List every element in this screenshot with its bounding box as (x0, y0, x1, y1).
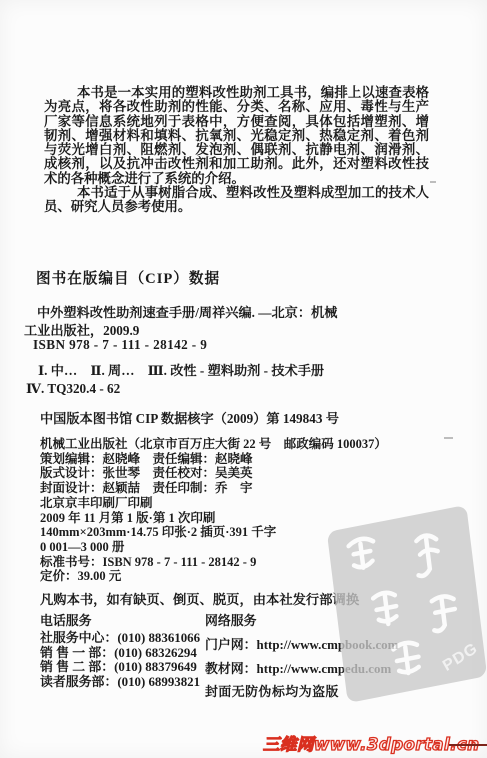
phone-service-heading: 电话服务 (40, 610, 200, 629)
phone-service-item: 读者服务部：(010) 68993821 (40, 675, 200, 690)
cip-record-number: 中国版本图书馆 CIP 数据核字（2009）第 149843 号 (40, 408, 339, 427)
scan-speck (444, 437, 453, 439)
colophon-line-publisher: 机械工业出版社（北京市百万庄大街 22 号 邮政编码 100037） (40, 437, 387, 452)
site-watermark: 三维网www.3dportal.cn (263, 731, 480, 755)
book-summary: 本书是一本实用的塑料改性助剂工具书，编排上以速查表格为亮点，将各改性助剂的性能、… (44, 86, 429, 215)
phone-service-item: 社服务中心：(010) 88361066 (40, 631, 200, 646)
colophon-line-planning-editor: 策划编辑：赵晓峰 责任编辑：赵晓峰 (40, 452, 387, 467)
purchase-notice: 凡购本书，如有缺页、倒页、脱页，由本社发行部调换 (40, 589, 359, 608)
scan-speck (430, 181, 436, 183)
colophon-line-printer: 北京京丰印刷厂印刷 (40, 496, 387, 511)
colophon-line-edition: 2009 年 11 月第 1 版·第 1 次印刷 (40, 511, 387, 526)
phone-service-item: 销 售 一 部：(010) 68326294 (40, 646, 200, 661)
cip-classification-line-1: Ⅰ. 中… Ⅱ. 周… Ⅲ. 改性 - 塑料助剂 - 技术手册 (38, 360, 324, 379)
cip-isbn: ISBN 978 - 7 - 111 - 28142 - 9 (33, 337, 207, 353)
phone-service-item: 销 售 二 部：(010) 88379649 (40, 660, 200, 675)
summary-paragraph-2: 本书适于从事树脂合成、塑料改性及塑料成型加工的技术人员、研究人员参考使用。 (44, 186, 429, 215)
cip-classification-line-2: Ⅳ. TQ320.4 - 62 (26, 381, 120, 397)
colophon-line-layout-design: 版式设计：张世琴 责任校对：吴美英 (40, 466, 387, 481)
watermark-line (449, 744, 487, 746)
phone-service-column: 电话服务 社服务中心：(010) 88361066 销 售 一 部：(010) … (40, 610, 200, 689)
cip-heading: 图书在版编目（CIP）数据 (36, 267, 220, 288)
pdg-stamp-watermark: PDG (327, 505, 487, 703)
colophon-line-cover-design: 封面设计：赵颖喆 责任印制：乔 宇 (40, 481, 387, 496)
summary-paragraph-1: 本书是一本实用的塑料改性助剂工具书，编排上以速查表格为亮点，将各改性助剂的性能、… (44, 86, 429, 186)
cip-entry-line-1: 中外塑料改性助剂速查手册/周祥兴编. —北京：机械 (37, 302, 337, 321)
book-copyright-page: 本书是一本实用的塑料改性助剂工具书，编排上以速查表格为亮点，将各改性助剂的性能、… (0, 0, 487, 758)
seal-glyphs-icon (327, 505, 487, 703)
